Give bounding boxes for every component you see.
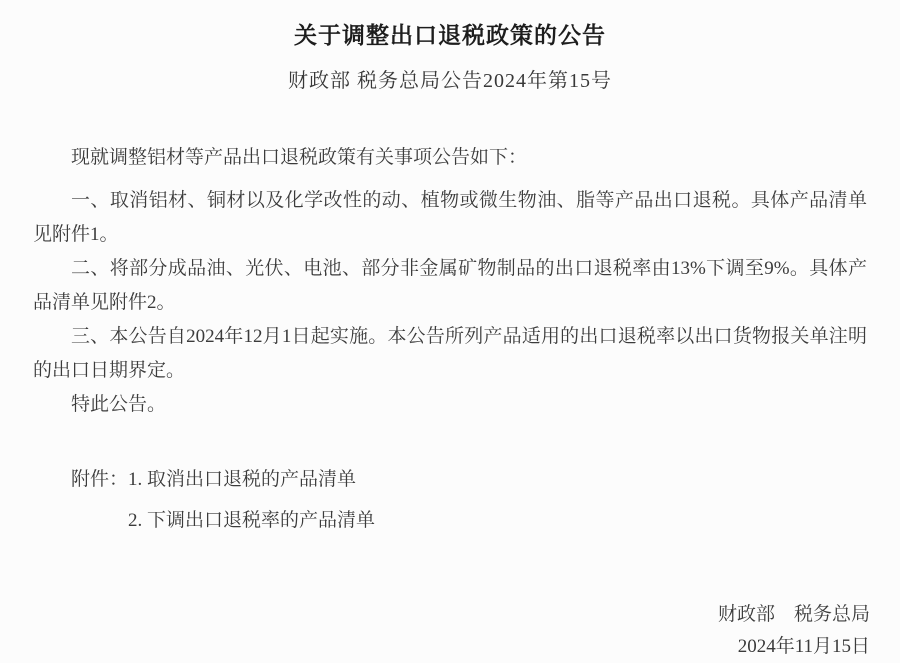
attachments-label: 附件： bbox=[71, 459, 128, 541]
attachments-list: 1. 取消出口退税的产品清单 2. 下调出口退税率的产品清单 bbox=[128, 459, 867, 541]
attachment-item-2: 2. 下调出口退税率的产品清单 bbox=[128, 500, 867, 541]
attachments-section: 附件： 1. 取消出口退税的产品清单 2. 下调出口退税率的产品清单 bbox=[71, 459, 867, 541]
announcement-title: 关于调整出口退税政策的公告 bbox=[0, 0, 900, 50]
announcement-footer: 财政部 税务总局 2024年11月15日 bbox=[0, 599, 900, 663]
announcement-document: 关于调整出口退税政策的公告 财政部 税务总局公告2024年第15号 现就调整铝材… bbox=[0, 0, 900, 663]
body-paragraph-item1: 一、取消铝材、铜材以及化学改性的动、植物或微生物油、脂等产品出口退税。具体产品清… bbox=[33, 184, 867, 252]
body-paragraph-intro: 现就调整铝材等产品出口退税政策有关事项公告如下： bbox=[33, 141, 867, 175]
attachment-item-1: 1. 取消出口退税的产品清单 bbox=[128, 459, 867, 500]
issue-date: 2024年11月15日 bbox=[0, 631, 870, 663]
body-paragraph-item3: 三、本公告自2024年12月1日起实施。本公告所列产品适用的出口退税率以出口货物… bbox=[33, 320, 867, 388]
body-paragraph-item2: 二、将部分成品油、光伏、电池、部分非金属矿物制品的出口退税率由13%下调至9%。… bbox=[33, 252, 867, 320]
issuing-authorities: 财政部 税务总局 bbox=[0, 599, 870, 631]
announcement-number: 财政部 税务总局公告2024年第15号 bbox=[0, 67, 900, 95]
body-paragraph-closing: 特此公告。 bbox=[33, 388, 867, 422]
announcement-body: 现就调整铝材等产品出口退税政策有关事项公告如下： 一、取消铝材、铜材以及化学改性… bbox=[0, 141, 900, 541]
